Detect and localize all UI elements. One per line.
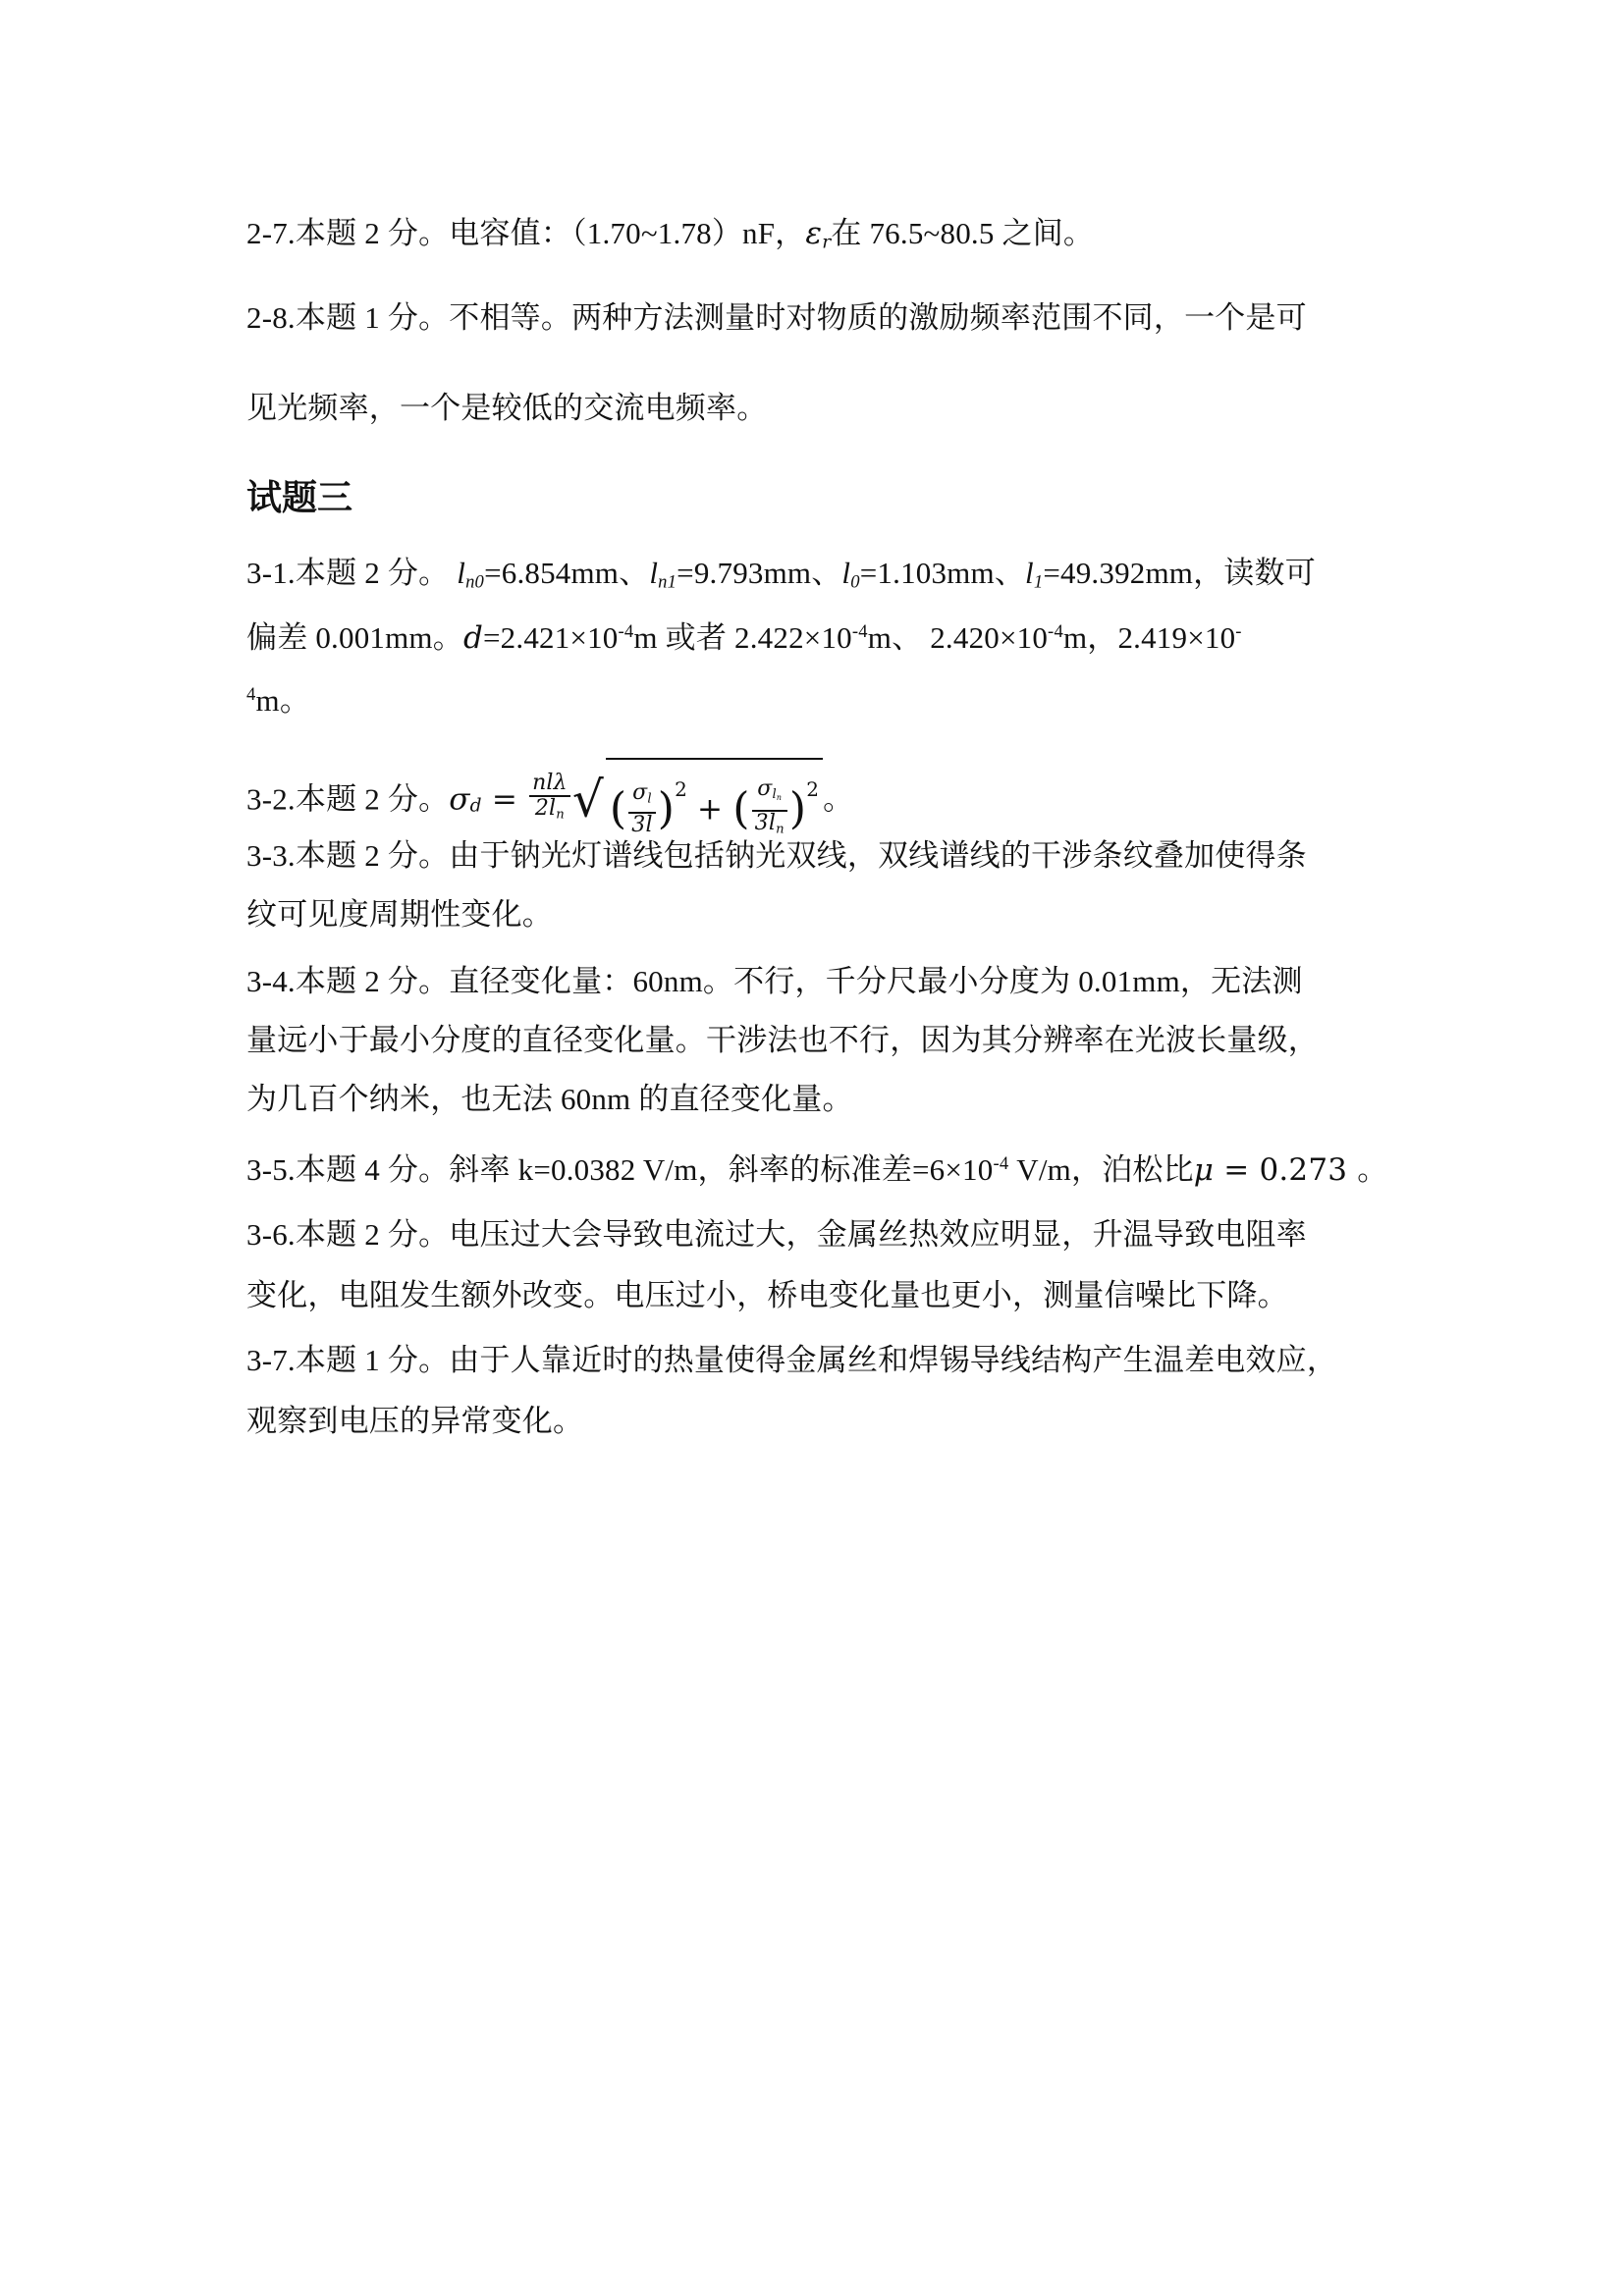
exponent-continued: 4 — [246, 684, 256, 705]
t1-sub: l — [647, 792, 651, 807]
paren-open: ( — [732, 784, 749, 834]
var-ln1-sub: n1 — [658, 572, 677, 593]
deviation-text: 偏差 0.001mm。 — [246, 620, 463, 655]
t2-den-text: 3l — [755, 811, 776, 835]
power-1: 2 — [675, 777, 687, 801]
paren-close: ) — [658, 784, 675, 834]
val-l1: =49.392mm，读数可 — [1043, 556, 1316, 590]
var-l0: l — [841, 556, 850, 590]
answer-3-4-line-2: 量远小于最小分度的直径变化量。干涉法也不行，因为其分辨率在光波长量级， — [246, 1021, 1319, 1060]
answer-3-2: 3-2.本题 2 分。σd = nlλ2ln√(σl3l)2 + (σln3ln… — [246, 758, 853, 821]
t2-den-sub: n — [776, 822, 785, 836]
answer-3-3-line-2: 纹可见度周期性变化。 — [246, 895, 553, 934]
exponent: -4 — [1048, 621, 1063, 642]
d-value-1: =2.421×10 — [483, 620, 619, 655]
var-ln0: l — [457, 556, 465, 590]
answer-3-4-line-1: 3-4.本题 2 分。直径变化量：60nm。不行，千分尺最小分度为 0.01mm… — [246, 962, 1303, 1001]
val-l0: =1.103mm、 — [860, 556, 1025, 590]
exponent-split: - — [1235, 621, 1241, 642]
var-l1-sub: 1 — [1034, 572, 1044, 593]
sqrt-icon: √ — [572, 772, 604, 828]
paren-open: ( — [610, 784, 626, 834]
d-value-4: m，2.419×10 — [1063, 620, 1235, 655]
paren-close: ) — [789, 784, 806, 834]
answer-3-1-prefix: 3-1.本题 2 分。 — [246, 556, 449, 590]
t2-sub: ln — [772, 787, 782, 802]
exponent: -4 — [852, 621, 868, 642]
fraction-denominator: 2ln — [529, 797, 570, 827]
sigma-d: σ — [449, 782, 469, 818]
answer-3-7-line-2: 观察到电压的异常变化。 — [246, 1402, 583, 1441]
term-2-fraction: σln3ln — [752, 777, 787, 842]
mu-symbol: μ — [1194, 1152, 1214, 1188]
exponent: -4 — [619, 621, 634, 642]
answer-2-7-text: 2-7.本题 2 分。电容值：（1.70~1.78）nF， — [246, 216, 805, 250]
var-ln1: l — [649, 556, 658, 590]
fraction-prefactor: nlλ2ln — [529, 772, 570, 827]
answer-3-5-text-b: V/m，泊松比 — [1008, 1152, 1193, 1187]
d-value-2: m 或者 2.422×10 — [633, 620, 851, 655]
val-ln1: =9.793mm、 — [677, 556, 841, 590]
plus-sign: + — [687, 792, 732, 828]
answer-3-5: 3-5.本题 4 分。斜率 k=0.0382 V/m，斜率的标准差=6×10-4… — [246, 1150, 1387, 1190]
answer-3-6-line-1: 3-6.本题 2 分。电压过大会导致电流过大，金属丝热效应明显，升温导致电阻率 — [246, 1215, 1307, 1255]
answer-3-3-line-1: 3-3.本题 2 分。由于钠光灯谱线包括钠光双线，双线谱线的干涉条纹叠加使得条 — [246, 836, 1307, 876]
answer-3-1-line-1: 3-1.本题 2 分。 ln0=6.854mm、ln1=9.793mm、l0=1… — [246, 554, 1316, 603]
fraction-numerator: nlλ — [529, 772, 570, 797]
t2-sub-n: n — [777, 793, 782, 802]
answer-3-7-line-1: 3-7.本题 1 分。由于人靠近时的热量使得金属丝和焊锡导线结构产生温差电效应， — [246, 1341, 1337, 1380]
document-page: 2-7.本题 2 分。电容值：（1.70~1.78）nF，εr在 76.5~80… — [0, 0, 1624, 2296]
answer-2-7: 2-7.本题 2 分。电容值：（1.70~1.78）nF，εr在 76.5~80… — [246, 214, 1094, 263]
epsilon-subscript: r — [822, 233, 831, 253]
term-1-fraction: σl3l — [628, 781, 655, 836]
answer-3-6-line-2: 变化，电阻发生额外改变。电压过小，桥电变化量也更小，测量信噪比下降。 — [246, 1276, 1288, 1315]
answer-2-8-line-2: 见光频率，一个是较低的交流电频率。 — [246, 389, 767, 428]
t1-sigma: σ — [632, 780, 647, 805]
t2-sigma: σ — [757, 776, 772, 801]
var-l1: l — [1025, 556, 1034, 590]
answer-2-8-line-1: 2-8.本题 1 分。不相等。两种方法测量时对物质的激励频率范围不同，一个是可 — [246, 298, 1307, 338]
section-heading: 试题三 — [246, 477, 352, 520]
den-text: 2l — [535, 796, 556, 821]
var-ln0-sub: n0 — [465, 572, 484, 593]
answer-3-1-line-3: 4m。 — [246, 681, 310, 721]
sqrt-radicand: (σl3l)2 + (σln3ln)2 — [606, 758, 823, 841]
var-d: d — [463, 620, 483, 656]
epsilon-symbol: ε — [805, 216, 822, 251]
den-sub: n — [556, 808, 565, 823]
term-1-num: σl — [628, 781, 655, 813]
answer-2-7-tail: 在 76.5~80.5 之间。 — [831, 216, 1094, 250]
val-ln0: =6.854mm、 — [484, 556, 649, 590]
answer-3-4-line-3: 为几百个纳米，也无法 60nm 的直径变化量。 — [246, 1080, 853, 1119]
answer-3-2-prefix: 3-2.本题 2 分。 — [246, 782, 449, 817]
term-1-den: 3l — [628, 814, 655, 837]
answer-3-5-text-a: 3-5.本题 4 分。斜率 k=0.0382 V/m，斜率的标准差=6×10 — [246, 1152, 993, 1187]
unit-tail: m。 — [256, 683, 311, 718]
exponent: -4 — [993, 1153, 1008, 1174]
formula-period: 。 — [823, 782, 853, 817]
var-l0-sub: 0 — [850, 572, 860, 593]
answer-3-1-line-2: 偏差 0.001mm。d=2.421×10-4m 或者 2.422×10-4m、… — [246, 618, 1242, 658]
term-2-num: σln — [752, 777, 787, 812]
power-2: 2 — [806, 777, 819, 801]
d-value-3: m、 2.420×10 — [868, 620, 1048, 655]
equals-sign: = — [482, 782, 527, 818]
sigma-d-sub: d — [470, 795, 482, 816]
answer-3-5-text-c: = 0.273 。 — [1214, 1152, 1387, 1188]
